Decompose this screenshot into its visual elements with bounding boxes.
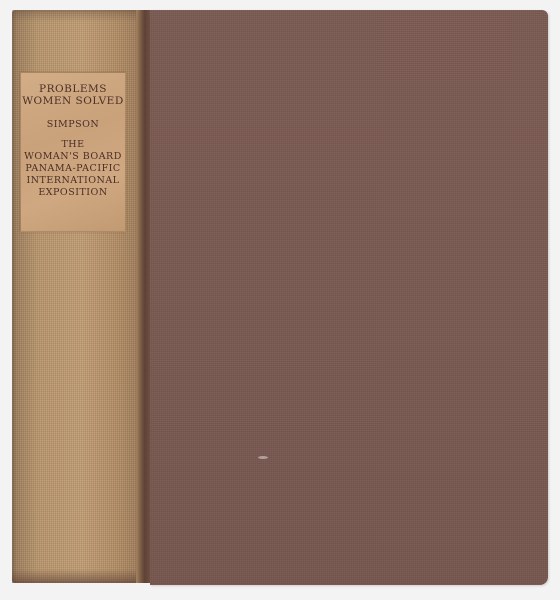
spine-publisher-line-3: Panama-Pacific <box>21 163 125 175</box>
spine-publisher-line-4: International <box>21 175 125 187</box>
spine-top-wear <box>12 10 140 22</box>
spine-title-line-1: Problems <box>21 83 125 95</box>
spine-publisher-line-5: Exposition <box>21 187 125 199</box>
spine-bottom-wear <box>12 569 140 583</box>
spine-publisher-line-2: Woman's Board <box>21 151 125 163</box>
spine-author: Simpson <box>21 119 125 131</box>
book: Problems Women Solved Simpson The Woman'… <box>12 10 548 585</box>
cover-scuff-mark <box>258 456 268 459</box>
front-cover <box>150 10 548 585</box>
spine-publisher-line-1: The <box>21 139 125 151</box>
spine-label: Problems Women Solved Simpson The Woman'… <box>20 72 126 232</box>
spine-title-line-2: Women Solved <box>21 95 125 107</box>
book-spine: Problems Women Solved Simpson The Woman'… <box>12 10 140 583</box>
